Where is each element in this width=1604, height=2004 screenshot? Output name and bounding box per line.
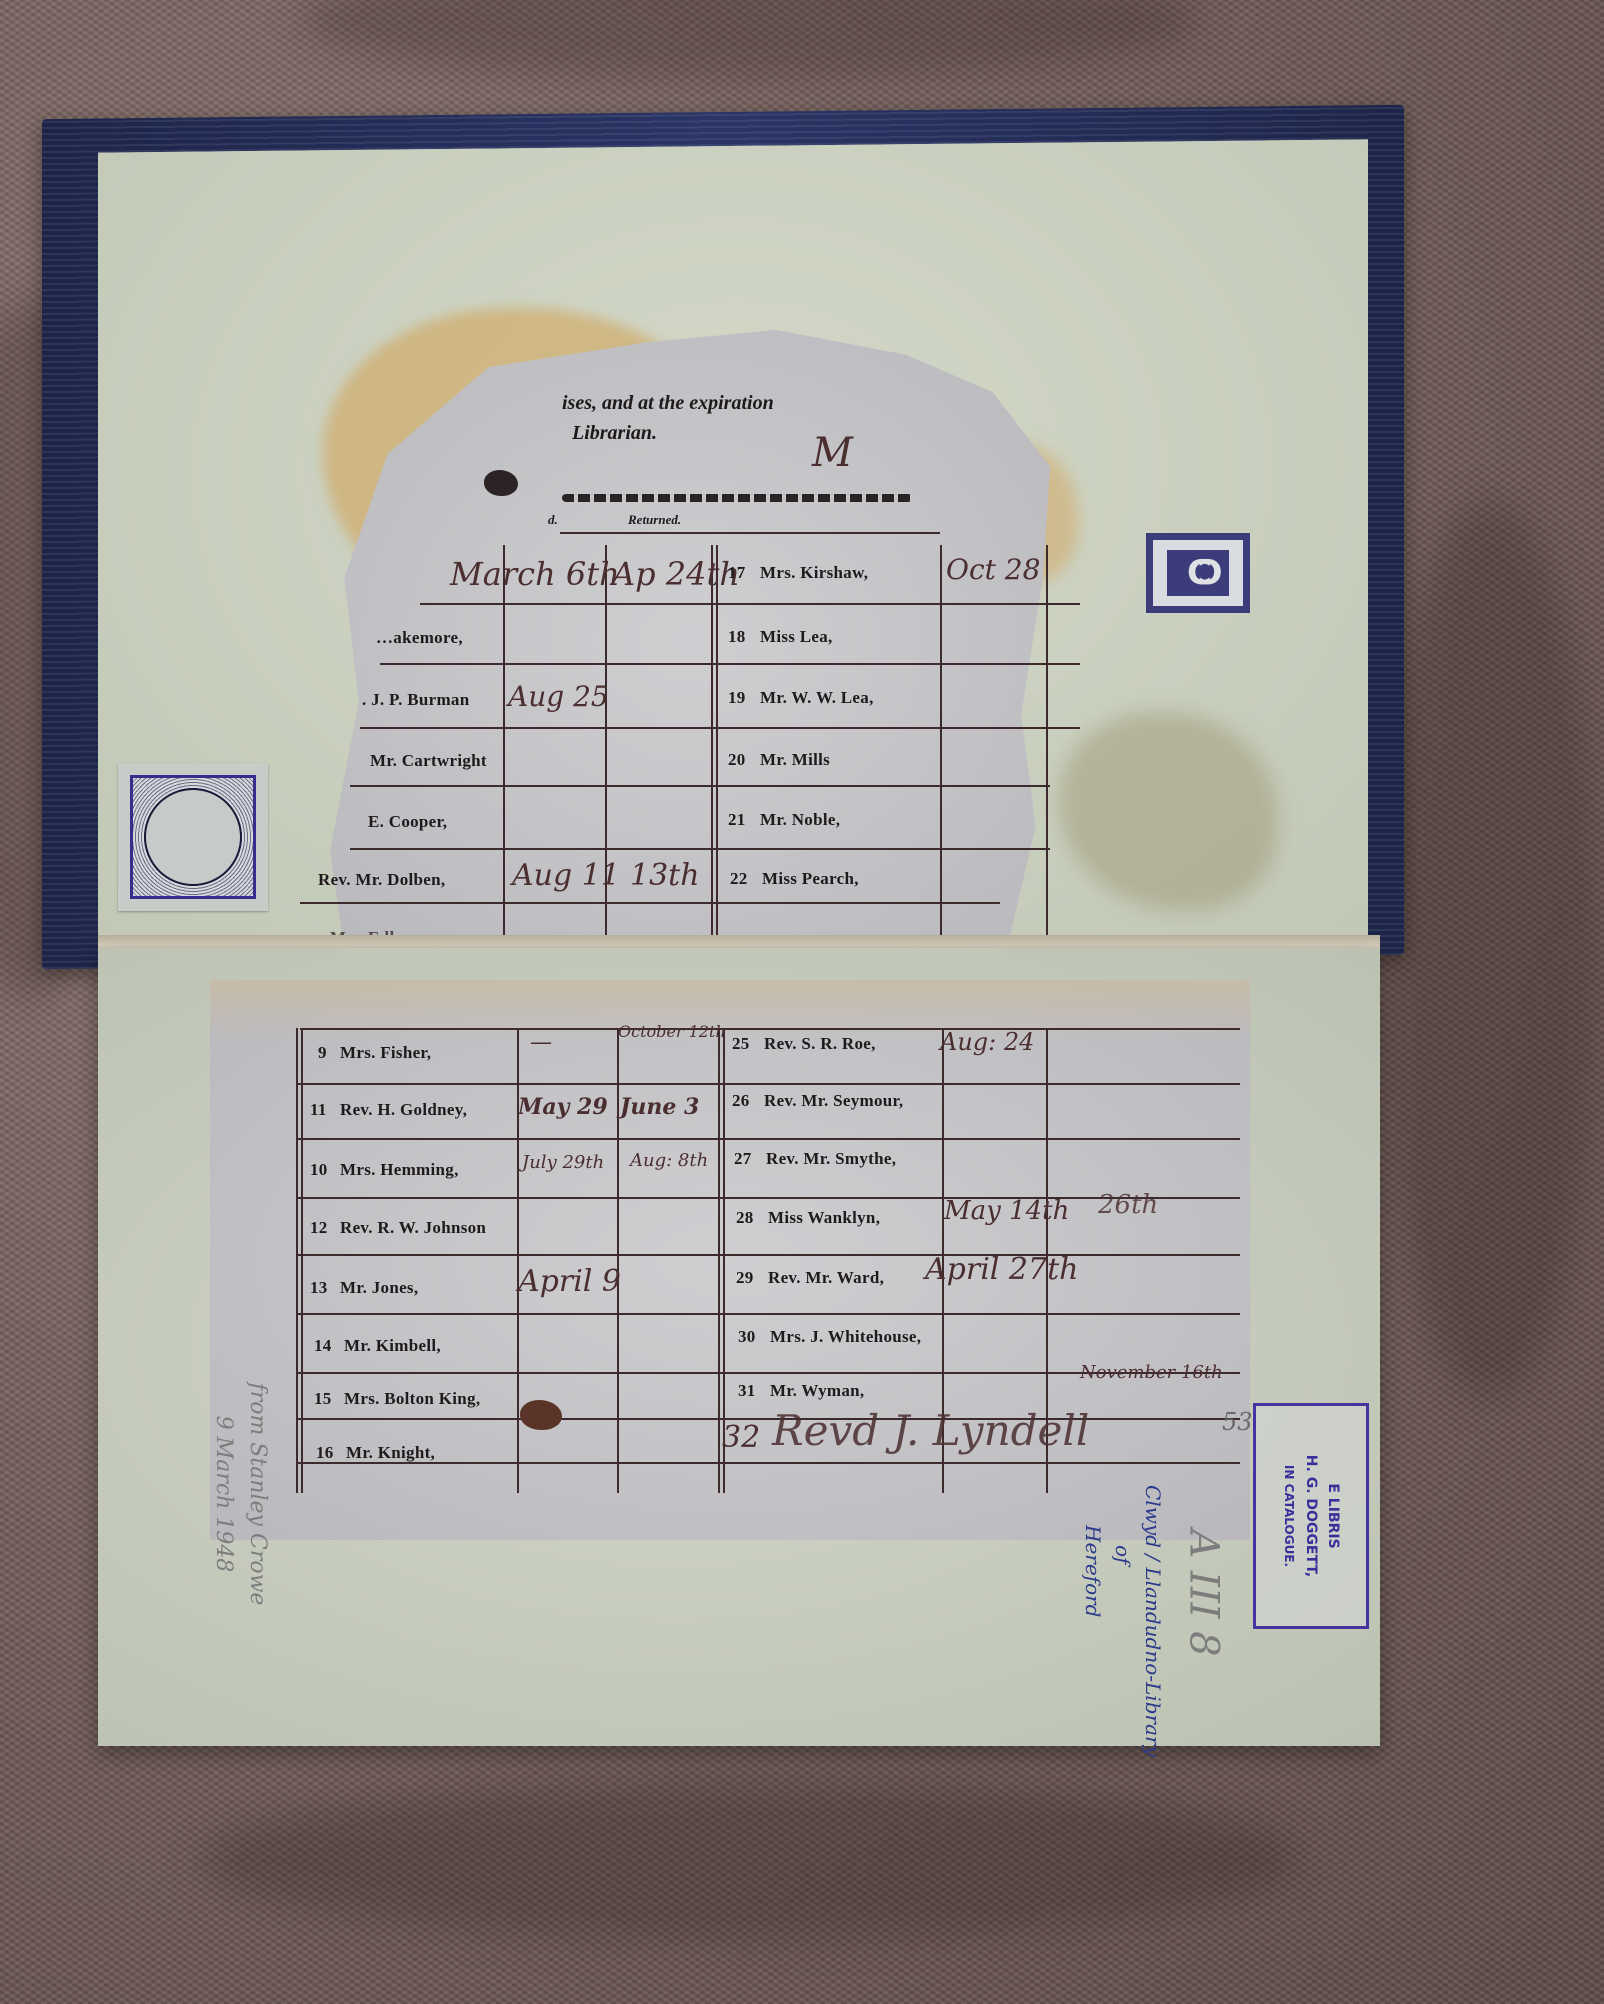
column-rule: [716, 545, 718, 935]
rule: [300, 1028, 1240, 1030]
date-returned: June 3: [620, 1094, 699, 1120]
entry-number: 18: [728, 627, 746, 647]
borrower-name: Rev. Mr. Ward,: [768, 1268, 884, 1288]
rule: [300, 902, 1000, 904]
borrower-name: Miss Lea,: [760, 627, 833, 647]
date-borrowed: July 29th: [522, 1152, 604, 1173]
borrower-name: Mr. Noble,: [760, 810, 840, 830]
monogram-stamp-icon: CↃ: [1146, 533, 1250, 613]
date-borrowed: Oct 28: [946, 553, 1040, 586]
fabric-fold: [300, 0, 1200, 80]
borrower-name: Mrs. Kirshaw,: [760, 563, 868, 583]
rule: [296, 1462, 1240, 1464]
borrower-name-handwritten: Revd J. Lyndell: [772, 1406, 1089, 1455]
entry-number: 19: [728, 688, 746, 708]
borrower-name: . J. P. Burman: [362, 690, 469, 710]
rule: [350, 848, 1050, 850]
rule: [360, 727, 1080, 729]
date-borrowed: Aug 25: [508, 680, 609, 713]
entry-number: 27: [734, 1149, 752, 1169]
entry-number: 26: [732, 1091, 750, 1111]
entry-number: 30: [738, 1327, 756, 1347]
circle-frame-icon: [144, 788, 242, 886]
date-returned: Aug: 8th: [630, 1150, 708, 1171]
borrower-name: Mr. Kimbell,: [344, 1336, 441, 1356]
entry-number-handwritten: 32: [722, 1420, 760, 1455]
rule: [350, 785, 1050, 787]
entry-number: 11: [310, 1100, 327, 1120]
borrower-name: Mrs. Bolton King,: [344, 1389, 480, 1409]
pencil-shelfmark: A III 8: [1181, 1529, 1227, 1656]
column-rule: [503, 545, 505, 935]
borrower-name: Mr. Mills: [760, 750, 830, 770]
borrower-name: Mrs. Hemming,: [340, 1160, 459, 1180]
date-borrowed: Aug 11: [512, 858, 620, 893]
entry-number: 17: [728, 563, 746, 583]
column-rule: [617, 1028, 619, 1493]
column-header: d.: [548, 512, 558, 528]
borrower-name: …akemore,: [376, 628, 463, 648]
ex-libris-stamp: E LIBRIS H. G. DOGGETT, IN CATALOGUE.: [1253, 1403, 1369, 1629]
borrower-name: Rev. Mr. Dolben,: [318, 870, 445, 890]
borrower-name: Rev. S. R. Roe,: [764, 1034, 876, 1054]
borrower-name: Mrs. J. Whitehouse,: [770, 1327, 921, 1347]
entry-number: 28: [736, 1208, 754, 1228]
entry-number: 12: [310, 1218, 328, 1238]
fabric-fold: [1380, 500, 1600, 1400]
ink-blot: [520, 1400, 562, 1430]
fabric-fold: [200, 1780, 1300, 1940]
entry-number: 20: [728, 750, 746, 770]
entry-number: 10: [310, 1160, 328, 1180]
borrower-name: Miss Pearch,: [762, 869, 859, 889]
water-stain: [1058, 710, 1278, 912]
entry-number: 25: [732, 1034, 750, 1054]
date-returned: 13th: [630, 858, 700, 893]
borrower-name: E. Cooper,: [368, 812, 447, 832]
rule: [296, 1083, 1240, 1085]
date-borrowed: April 27th: [925, 1252, 1079, 1287]
rule: [420, 603, 1080, 605]
borrower-name: Miss Wanklyn,: [768, 1208, 880, 1228]
rule: [560, 532, 940, 534]
ornamental-rule: [562, 494, 912, 502]
borrower-name: Rev. Mr. Smythe,: [766, 1149, 896, 1169]
column-rule: [711, 545, 713, 935]
handwritten-initial: M: [812, 430, 853, 476]
header-fragment: Librarian.: [572, 422, 657, 445]
borrower-name: Mr. Wyman,: [770, 1381, 864, 1401]
entry-number: 22: [730, 869, 748, 889]
entry-number: 14: [314, 1336, 332, 1356]
entry-number: 21: [728, 810, 746, 830]
entry-number: 16: [316, 1443, 334, 1463]
rule: [296, 1254, 1240, 1256]
date-borrowed: May 29: [518, 1094, 608, 1120]
borrower-name: Mr. Jones,: [340, 1278, 418, 1298]
borrower-name: Rev. H. Goldney,: [340, 1100, 467, 1120]
borrower-name: Rev. R. W. Johnson: [340, 1218, 486, 1238]
date-borrowed: April 9: [518, 1264, 621, 1299]
borrower-name: Mrs. Fisher,: [340, 1043, 431, 1063]
borrower-name: Mr. Knight,: [346, 1443, 435, 1463]
wax-blot: [484, 470, 518, 496]
rule: [296, 1138, 1240, 1140]
column-rule: [1046, 545, 1048, 935]
header-fragment: ises, and at the expiration: [562, 392, 774, 415]
date-returned: 26th: [1098, 1190, 1158, 1220]
rule: [296, 1313, 1240, 1315]
column-rule: [718, 1028, 720, 1493]
square-bookplate-label: [118, 763, 268, 911]
rule: [296, 1418, 1240, 1420]
entry-number: 29: [736, 1268, 754, 1288]
entry-number: 31: [738, 1381, 756, 1401]
date-borrowed: —: [530, 1030, 552, 1055]
entry-number: 9: [318, 1043, 327, 1063]
column-header: Returned.: [628, 512, 681, 528]
column-rule: [296, 1028, 298, 1493]
entry-number: 13: [310, 1278, 328, 1298]
entry-number: 15: [314, 1389, 332, 1409]
blue-ink-library-note: Clwyd / Llandudno-Library of Hereford: [1078, 1485, 1168, 1715]
date-returned: Ap 24th: [612, 555, 740, 593]
column-rule: [301, 1028, 303, 1493]
borrower-name: Rev. Mr. Seymour,: [764, 1091, 903, 1111]
borrower-name: Mr. Cartwright: [370, 751, 487, 771]
rule: [380, 663, 1080, 665]
date-borrowed: May 14th: [944, 1196, 1069, 1226]
pencil-provenance-note: from Stanley Crowe 9 March 1948: [206, 1364, 274, 1624]
date-returned: November 16th: [1080, 1362, 1223, 1383]
borrower-name: Mr. W. W. Lea,: [760, 688, 874, 708]
column-rule: [940, 545, 942, 935]
stamp-number-note: 53: [1222, 1408, 1253, 1436]
date-borrowed: March 6th: [450, 555, 620, 593]
date-returned: October 12th: [618, 1022, 726, 1041]
date-borrowed: Aug: 24: [940, 1028, 1034, 1056]
